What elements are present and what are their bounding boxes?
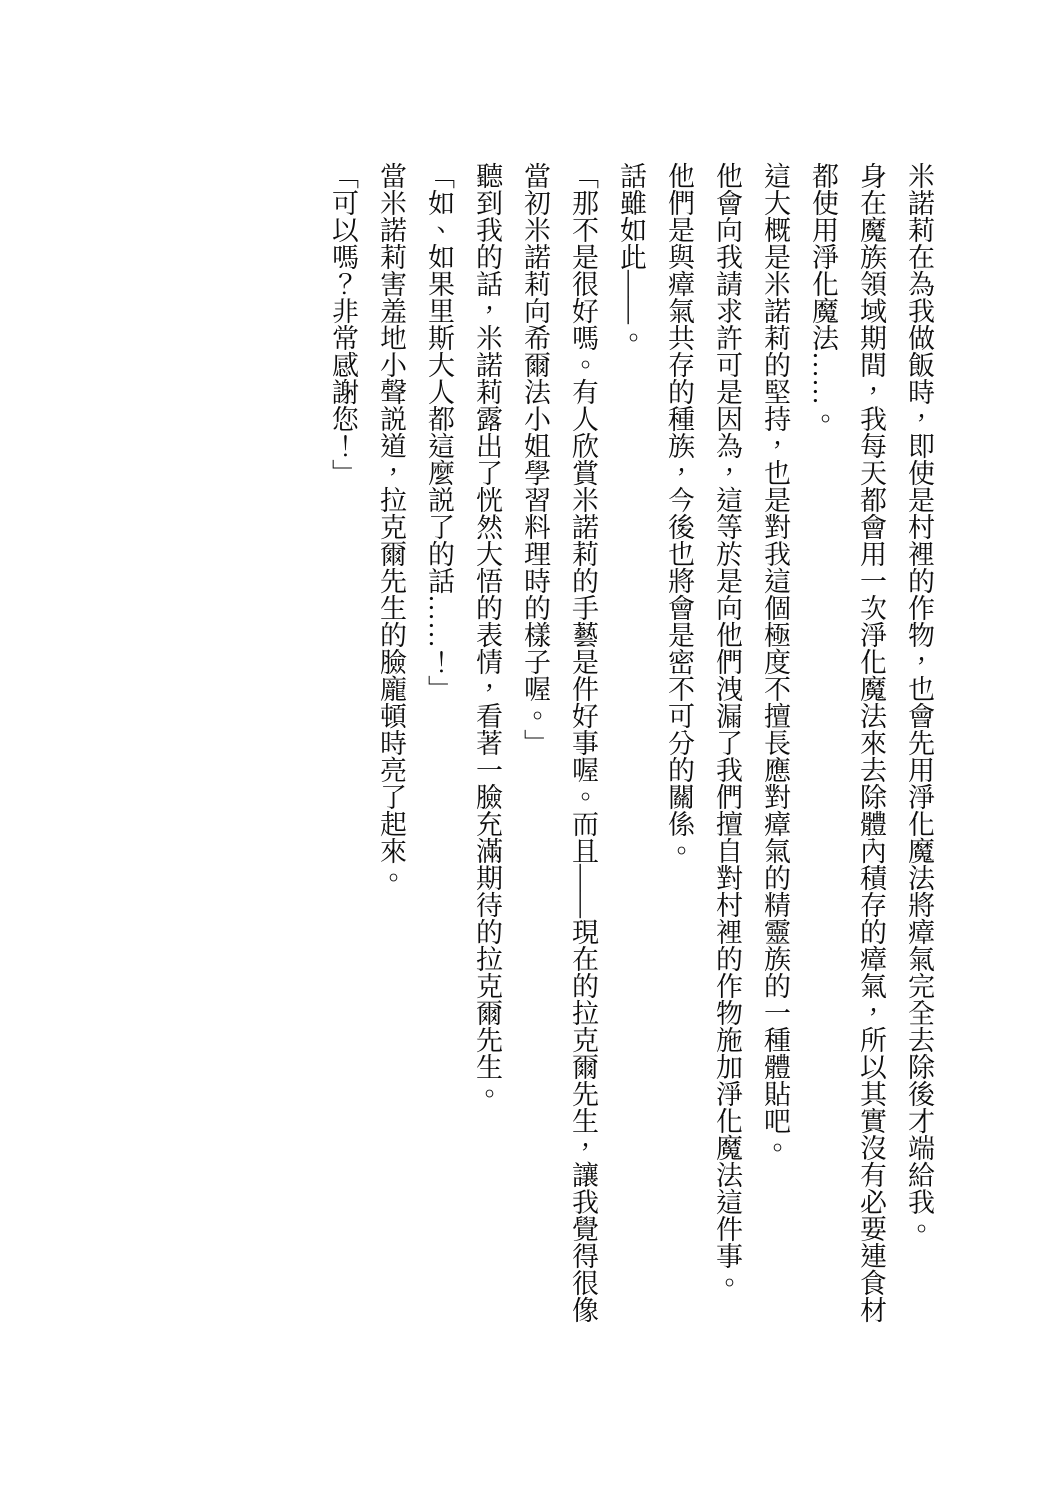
- novel-page: 米諾莉在為我做飯時，即使是村裡的作物，也會先用淨化魔法將瘴氣完全去除後才端給我。…: [0, 0, 1055, 1500]
- text-column: 當初米諾莉向希爾法小姐學習料理時的樣子喔。」: [511, 162, 559, 1332]
- text-column: 身在魔族領域期間，我每天都會用一次淨化魔法來去除體內積存的瘴氣，所以其實沒有必要…: [847, 162, 895, 1332]
- text-column: 聽到我的話，米諾莉露出了恍然大悟的表情，看著一臉充滿期待的拉克爾先生。: [463, 162, 511, 1332]
- text-column: 話雖如此——。: [607, 162, 655, 1332]
- text-column: 他們是與瘴氣共存的種族，今後也將會是密不可分的關係。: [655, 162, 703, 1332]
- text-column: 「可以嗎？非常感謝您！」: [319, 162, 367, 1332]
- text-column: 米諾莉在為我做飯時，即使是村裡的作物，也會先用淨化魔法將瘴氣完全去除後才端給我。: [895, 162, 943, 1332]
- text-column: 「如、如果里斯大人都這麼説了的話……！」: [415, 162, 463, 1332]
- vertical-text-block: 米諾莉在為我做飯時，即使是村裡的作物，也會先用淨化魔法將瘴氣完全去除後才端給我。…: [319, 162, 943, 1332]
- text-column: 都使用淨化魔法……。: [799, 162, 847, 1332]
- text-column: 他會向我請求許可是因為，這等於是向他們洩漏了我們擅自對村裡的作物施加淨化魔法這件…: [703, 162, 751, 1332]
- text-column: 「那不是很好嗎。有人欣賞米諾莉的手藝是件好事喔。而且——現在的拉克爾先生，讓我覺…: [559, 162, 607, 1332]
- text-column: 當米諾莉害羞地小聲説道，拉克爾先生的臉龐頓時亮了起來。: [367, 162, 415, 1332]
- text-column: 這大概是米諾莉的堅持，也是對我這個極度不擅長應對瘴氣的精靈族的一種體貼吧。: [751, 162, 799, 1332]
